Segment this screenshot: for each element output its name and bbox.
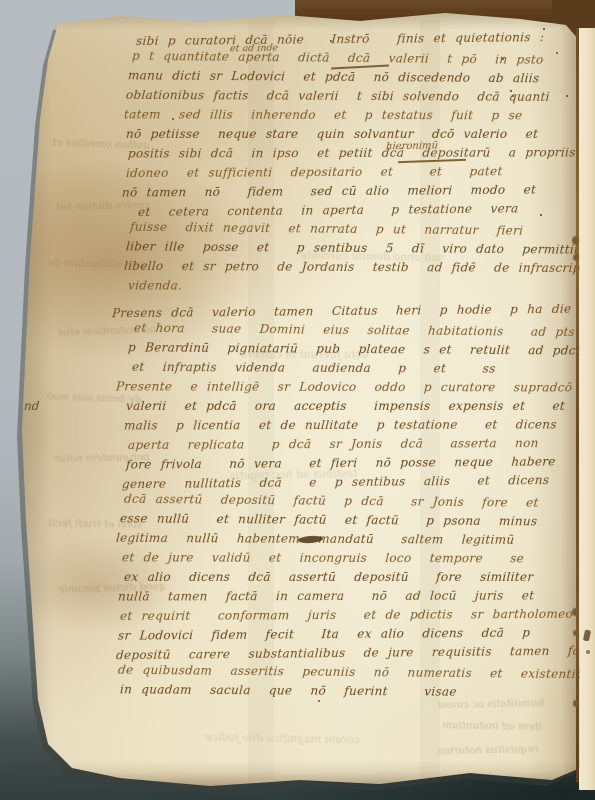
manuscript-line: videnda. <box>128 276 580 296</box>
margin-note: nd <box>24 399 40 413</box>
adjacent-page-edge <box>579 28 595 790</box>
binding-knot <box>572 236 579 245</box>
bleedthrough-line: requisitus notarius <box>438 743 539 757</box>
manuscript-line: ex alio dicens dcā assertū depositū fore… <box>124 568 580 587</box>
paragraph-2: Presens dcā valerio tamen Citatus heri p… <box>128 302 580 701</box>
manuscript-line: legitima nullū habentem mandatū saltem l… <box>116 529 580 550</box>
manuscript-line: libello et sr petro de Jordanis testib a… <box>124 257 580 278</box>
interlinear-insertion: hieronimū <box>385 141 438 153</box>
manuscript-line: valerii et pdcā ora acceptis impensis ex… <box>126 397 580 416</box>
ink-specks <box>330 40 332 42</box>
manuscript-line: in quadam sacula que nō fuerint visae <box>120 680 580 702</box>
binding-knot <box>573 700 578 707</box>
manuscript-page: quibus omnibus etcontra dictum valpro qu… <box>0 0 595 800</box>
manuscript-line: positis sibi dcā in ipso et petiit dcā d… <box>128 143 580 163</box>
manuscript-line: tatem sed illis inherendo et p testatus … <box>124 105 580 125</box>
bleedthrough-line: coram magnifico dno judice <box>205 731 360 747</box>
manuscript-line: nullā tamen factā in camera nō ad locū j… <box>118 586 580 606</box>
paragraph-1: sibi p curatori dcā nōie Instrō finis et… <box>128 30 580 296</box>
adjacent-page-ink-mark <box>586 650 590 654</box>
manuscript-line: Presente e intelligē sr Lodovico oddo p … <box>116 377 580 397</box>
gutter-crease <box>576 28 579 782</box>
manuscript-line: oblationibus factis dcā valerii t sibi s… <box>126 86 580 107</box>
bleedthrough-line: item ad instantiam <box>442 719 542 733</box>
manuscript-line: et infraptis videnda audienda p et ss <box>132 358 580 379</box>
manuscript-line: nō petiisse neque stare quin solvantur d… <box>126 125 580 144</box>
manuscript-photograph: quibus omnibus etcontra dictum valpro qu… <box>0 0 595 800</box>
interlinear-insertion: et ad inde <box>229 43 278 55</box>
manuscript-line: et de jure validū et incongruis loco tem… <box>122 548 580 568</box>
manuscript-line: malis p licentia et de nullitate p testa… <box>124 415 580 435</box>
binding-knot <box>573 254 579 261</box>
binding-knot <box>572 608 578 616</box>
binding-knot <box>573 630 578 636</box>
